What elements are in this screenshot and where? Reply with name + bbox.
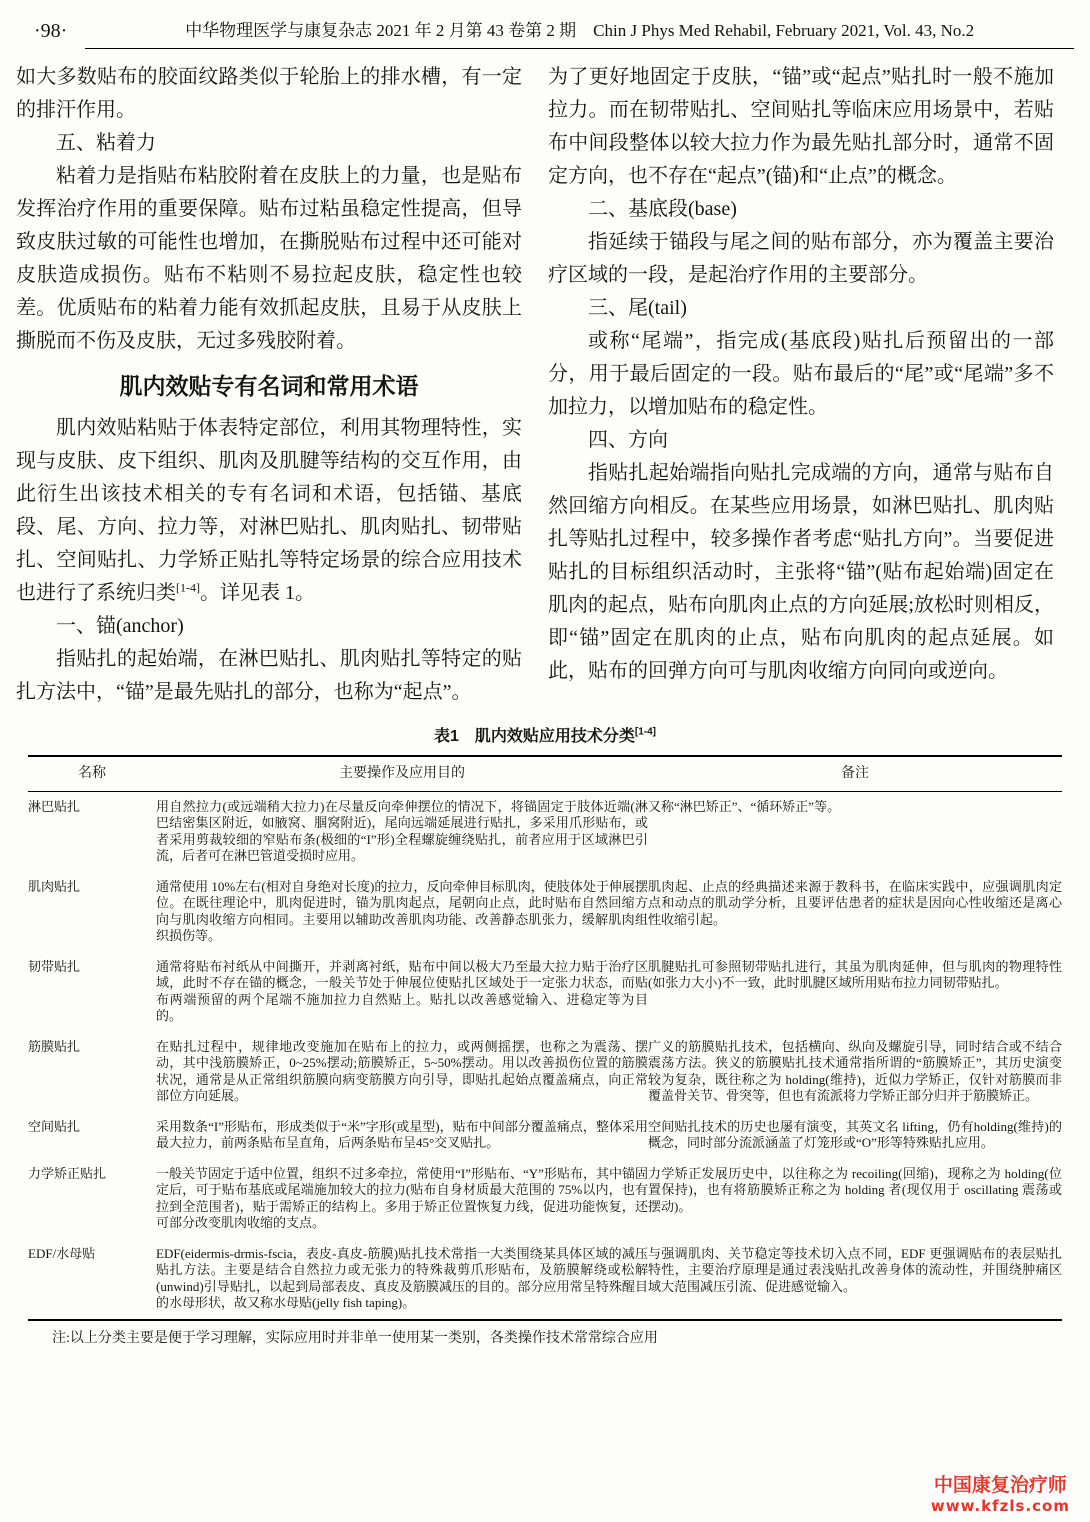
- table-title: 表1 肌内效贴应用技术分类[1-4]: [28, 723, 1062, 746]
- cell-operation: 采用数条“I”形贴布，形成类似于“米”字形(或星型)，贴布中间部分覆盖痛点，整体…: [156, 1112, 648, 1159]
- subheading-direction: 四、方向: [548, 424, 1054, 457]
- citation-ref: [1-4]: [176, 580, 200, 594]
- watermark-site-name: 中国康复治疗师: [931, 1474, 1070, 1497]
- col-header-note: 备注: [648, 756, 1062, 791]
- classification-table: 名称 主要操作及应用目的 备注 淋巴贴扎 用自然拉力(或远端稍大拉力)在尽量反向…: [28, 755, 1062, 1321]
- table-row: 筋膜贴扎 在贴扎过程中，规律地改变施加在贴布上的拉力，或两侧摇摆，也称之为震荡、…: [28, 1032, 1062, 1112]
- paragraph-adhesion: 粘着力是指贴布粘胶附着在皮肤上的力量，也是贴布发挥治疗作用的重要保障。贴布过粘虽…: [16, 160, 522, 358]
- intro-text: 肌内效贴粘贴于体表特定部位，利用其物理特性，实现与皮肤、皮下组织、肌肉及肌腱等结…: [16, 417, 522, 604]
- left-column: 如大多数贴布的胶面纹路类似于轮胎上的排水槽，有一定的排汗作用。 五、粘着力 粘着…: [16, 61, 522, 709]
- journal-page: ·98· 中华物理医学与康复杂志 2021 年 2 月第 43 卷第 2 期 C…: [0, 0, 1090, 1349]
- table-row: 空间贴扎 采用数条“I”形贴布，形成类似于“米”字形(或星型)，贴布中间部分覆盖…: [28, 1112, 1062, 1159]
- cell-operation: 通常使用 10%左右(相对自身绝对长度)的拉力，反向牵伸目标肌肉，使肢体处于伸展…: [156, 872, 648, 952]
- section-title: 肌内效贴专有名词和常用术语: [16, 368, 522, 404]
- cell-name: 肌肉贴扎: [28, 872, 156, 952]
- table-title-prefix: 表1: [434, 728, 459, 745]
- subheading-anchor: 一、锚(anchor): [16, 610, 522, 643]
- right-column: 为了更好地固定于皮肤，“锚”或“起点”贴扎时一般不施加拉力。而在韧带贴扎、空间贴…: [548, 61, 1054, 709]
- col-header-name: 名称: [28, 756, 156, 791]
- cell-operation: 在贴扎过程中，规律地改变施加在贴布上的拉力，或两侧摇摆，也称之为震荡、摆动，其中…: [156, 1032, 648, 1112]
- cell-name: 筋膜贴扎: [28, 1032, 156, 1112]
- table-body: 淋巴贴扎 用自然拉力(或远端稍大拉力)在尽量反向牵伸摆位的情况下，将锚固定于肢体…: [28, 791, 1062, 1320]
- watermark-site-url: www.kfzls.com: [931, 1497, 1070, 1516]
- paragraph-base: 指延续于锚段与尾之间的贴布部分，亦为覆盖主要治疗区域的一段，是起治疗作用的主要部…: [548, 226, 1054, 292]
- cell-note: 力学矫正发展历史中，以往称之为 recoiling(回缩)，现称之为 holdi…: [648, 1159, 1062, 1239]
- table-row: 肌肉贴扎 通常使用 10%左右(相对自身绝对长度)的拉力，反向牵伸目标肌肉，使肢…: [28, 872, 1062, 952]
- subheading-base: 二、基底段(base): [548, 193, 1054, 226]
- paragraph-tail: 或称“尾端”，指完成(基底段)贴扎后预留出的一部分，用于最后固定的一段。贴布最后…: [548, 325, 1054, 424]
- paragraph-direction: 指贴扎起始端指向贴扎完成端的方向，通常与贴布自然回缩方向相反。在某些应用场景，如…: [548, 457, 1054, 688]
- subheading-adhesion: 五、粘着力: [16, 127, 522, 160]
- paragraph-continuation: 为了更好地固定于皮肤，“锚”或“起点”贴扎时一般不施加拉力。而在韧带贴扎、空间贴…: [548, 61, 1054, 193]
- cell-operation: 一般关节固定于适中位置，组织不过多牵拉，常使用“I”形贴布、“Y”形贴布，其中锚…: [156, 1159, 648, 1239]
- cell-name: 空间贴扎: [28, 1112, 156, 1159]
- cell-note: 又称“淋巴矫正”、“循环矫正”等。: [648, 791, 1062, 872]
- table-row: 力学矫正贴扎 一般关节固定于适中位置，组织不过多牵拉，常使用“I”形贴布、“Y”…: [28, 1159, 1062, 1239]
- intro-text-tail: 。详见表 1。: [200, 582, 315, 604]
- watermark: 中国康复治疗师 www.kfzls.com: [931, 1474, 1070, 1516]
- table-footnote: 注:以上分类主要是便于学习理解，实际应用时并非单一使用某一类别，各类操作技术常常…: [28, 1329, 1062, 1349]
- table-row: 淋巴贴扎 用自然拉力(或远端稍大拉力)在尽量反向牵伸摆位的情况下，将锚固定于肢体…: [28, 791, 1062, 872]
- table-row: EDF/水母贴 EDF(eidermis-drmis-fscia，表皮-真皮-筋…: [28, 1239, 1062, 1320]
- cell-operation: 通常将贴布衬纸从中间撕开，并剥离衬纸，贴布中间以极大乃至最大拉力贴于治疗区域，此…: [156, 952, 648, 1032]
- cell-operation: 用自然拉力(或远端稍大拉力)在尽量反向牵伸摆位的情况下，将锚固定于肢体近端(淋巴…: [156, 791, 648, 872]
- subheading-tail: 三、尾(tail): [548, 292, 1054, 325]
- cell-note: 肌肉起、止点的经典描述来源于教科书，在临床实践中，应强调肌肉定点和动点的肌动学分…: [648, 872, 1062, 952]
- table-citation-ref: [1-4]: [635, 727, 656, 738]
- journal-title-line: 中华物理医学与康复杂志 2021 年 2 月第 43 卷第 2 期 Chin J…: [85, 16, 1074, 49]
- col-header-operation: 主要操作及应用目的: [156, 756, 648, 791]
- table-header-row: 名称 主要操作及应用目的 备注: [28, 756, 1062, 791]
- cell-name: 淋巴贴扎: [28, 791, 156, 872]
- table-1: 表1 肌内效贴应用技术分类[1-4] 名称 主要操作及应用目的 备注 淋巴贴扎 …: [16, 723, 1074, 1349]
- table-row: 韧带贴扎 通常将贴布衬纸从中间撕开，并剥离衬纸，贴布中间以极大乃至最大拉力贴于治…: [28, 952, 1062, 1032]
- running-head: ·98· 中华物理医学与康复杂志 2021 年 2 月第 43 卷第 2 期 C…: [16, 16, 1074, 49]
- cell-name: 力学矫正贴扎: [28, 1159, 156, 1239]
- cell-note: 空间贴扎技术的历史也屡有演变，其英文名 lifting，仍有holding(维持…: [648, 1112, 1062, 1159]
- article-body: 如大多数贴布的胶面纹路类似于轮胎上的排水槽，有一定的排汗作用。 五、粘着力 粘着…: [16, 61, 1074, 709]
- table-header: 名称 主要操作及应用目的 备注: [28, 756, 1062, 791]
- table-title-text: 肌内效贴应用技术分类: [459, 728, 635, 745]
- cell-note: 与强调肌肉、关节稳定等技术切入点不同，EDF 更强调贴布的表层贴扎特性，主要治疗…: [648, 1239, 1062, 1320]
- paragraph-anchor: 指贴扎的起始端，在淋巴贴扎、肌肉贴扎等特定的贴扎方法中，“锚”是最先贴扎的部分，…: [16, 643, 522, 709]
- cell-note: 广义的筋膜贴扎技术，包括横向、纵向及螺旋引导，同时结合或不结合震荡方法。狭义的筋…: [648, 1032, 1062, 1112]
- paragraph-intro: 肌内效贴粘贴于体表特定部位，利用其物理特性，实现与皮肤、皮下组织、肌肉及肌腱等结…: [16, 412, 522, 610]
- cell-operation: EDF(eidermis-drmis-fscia，表皮-真皮-筋膜)贴扎技术常指…: [156, 1239, 648, 1320]
- cell-name: EDF/水母贴: [28, 1239, 156, 1320]
- paragraph-continuation: 如大多数贴布的胶面纹路类似于轮胎上的排水槽，有一定的排汗作用。: [16, 61, 522, 127]
- cell-name: 韧带贴扎: [28, 952, 156, 1032]
- page-number: ·98·: [16, 20, 85, 49]
- cell-note: 肌腱贴扎可参照韧带贴扎进行，其虽为肌肉延伸，但与肌肉的物理特性(如张力大小)不一…: [648, 952, 1062, 1032]
